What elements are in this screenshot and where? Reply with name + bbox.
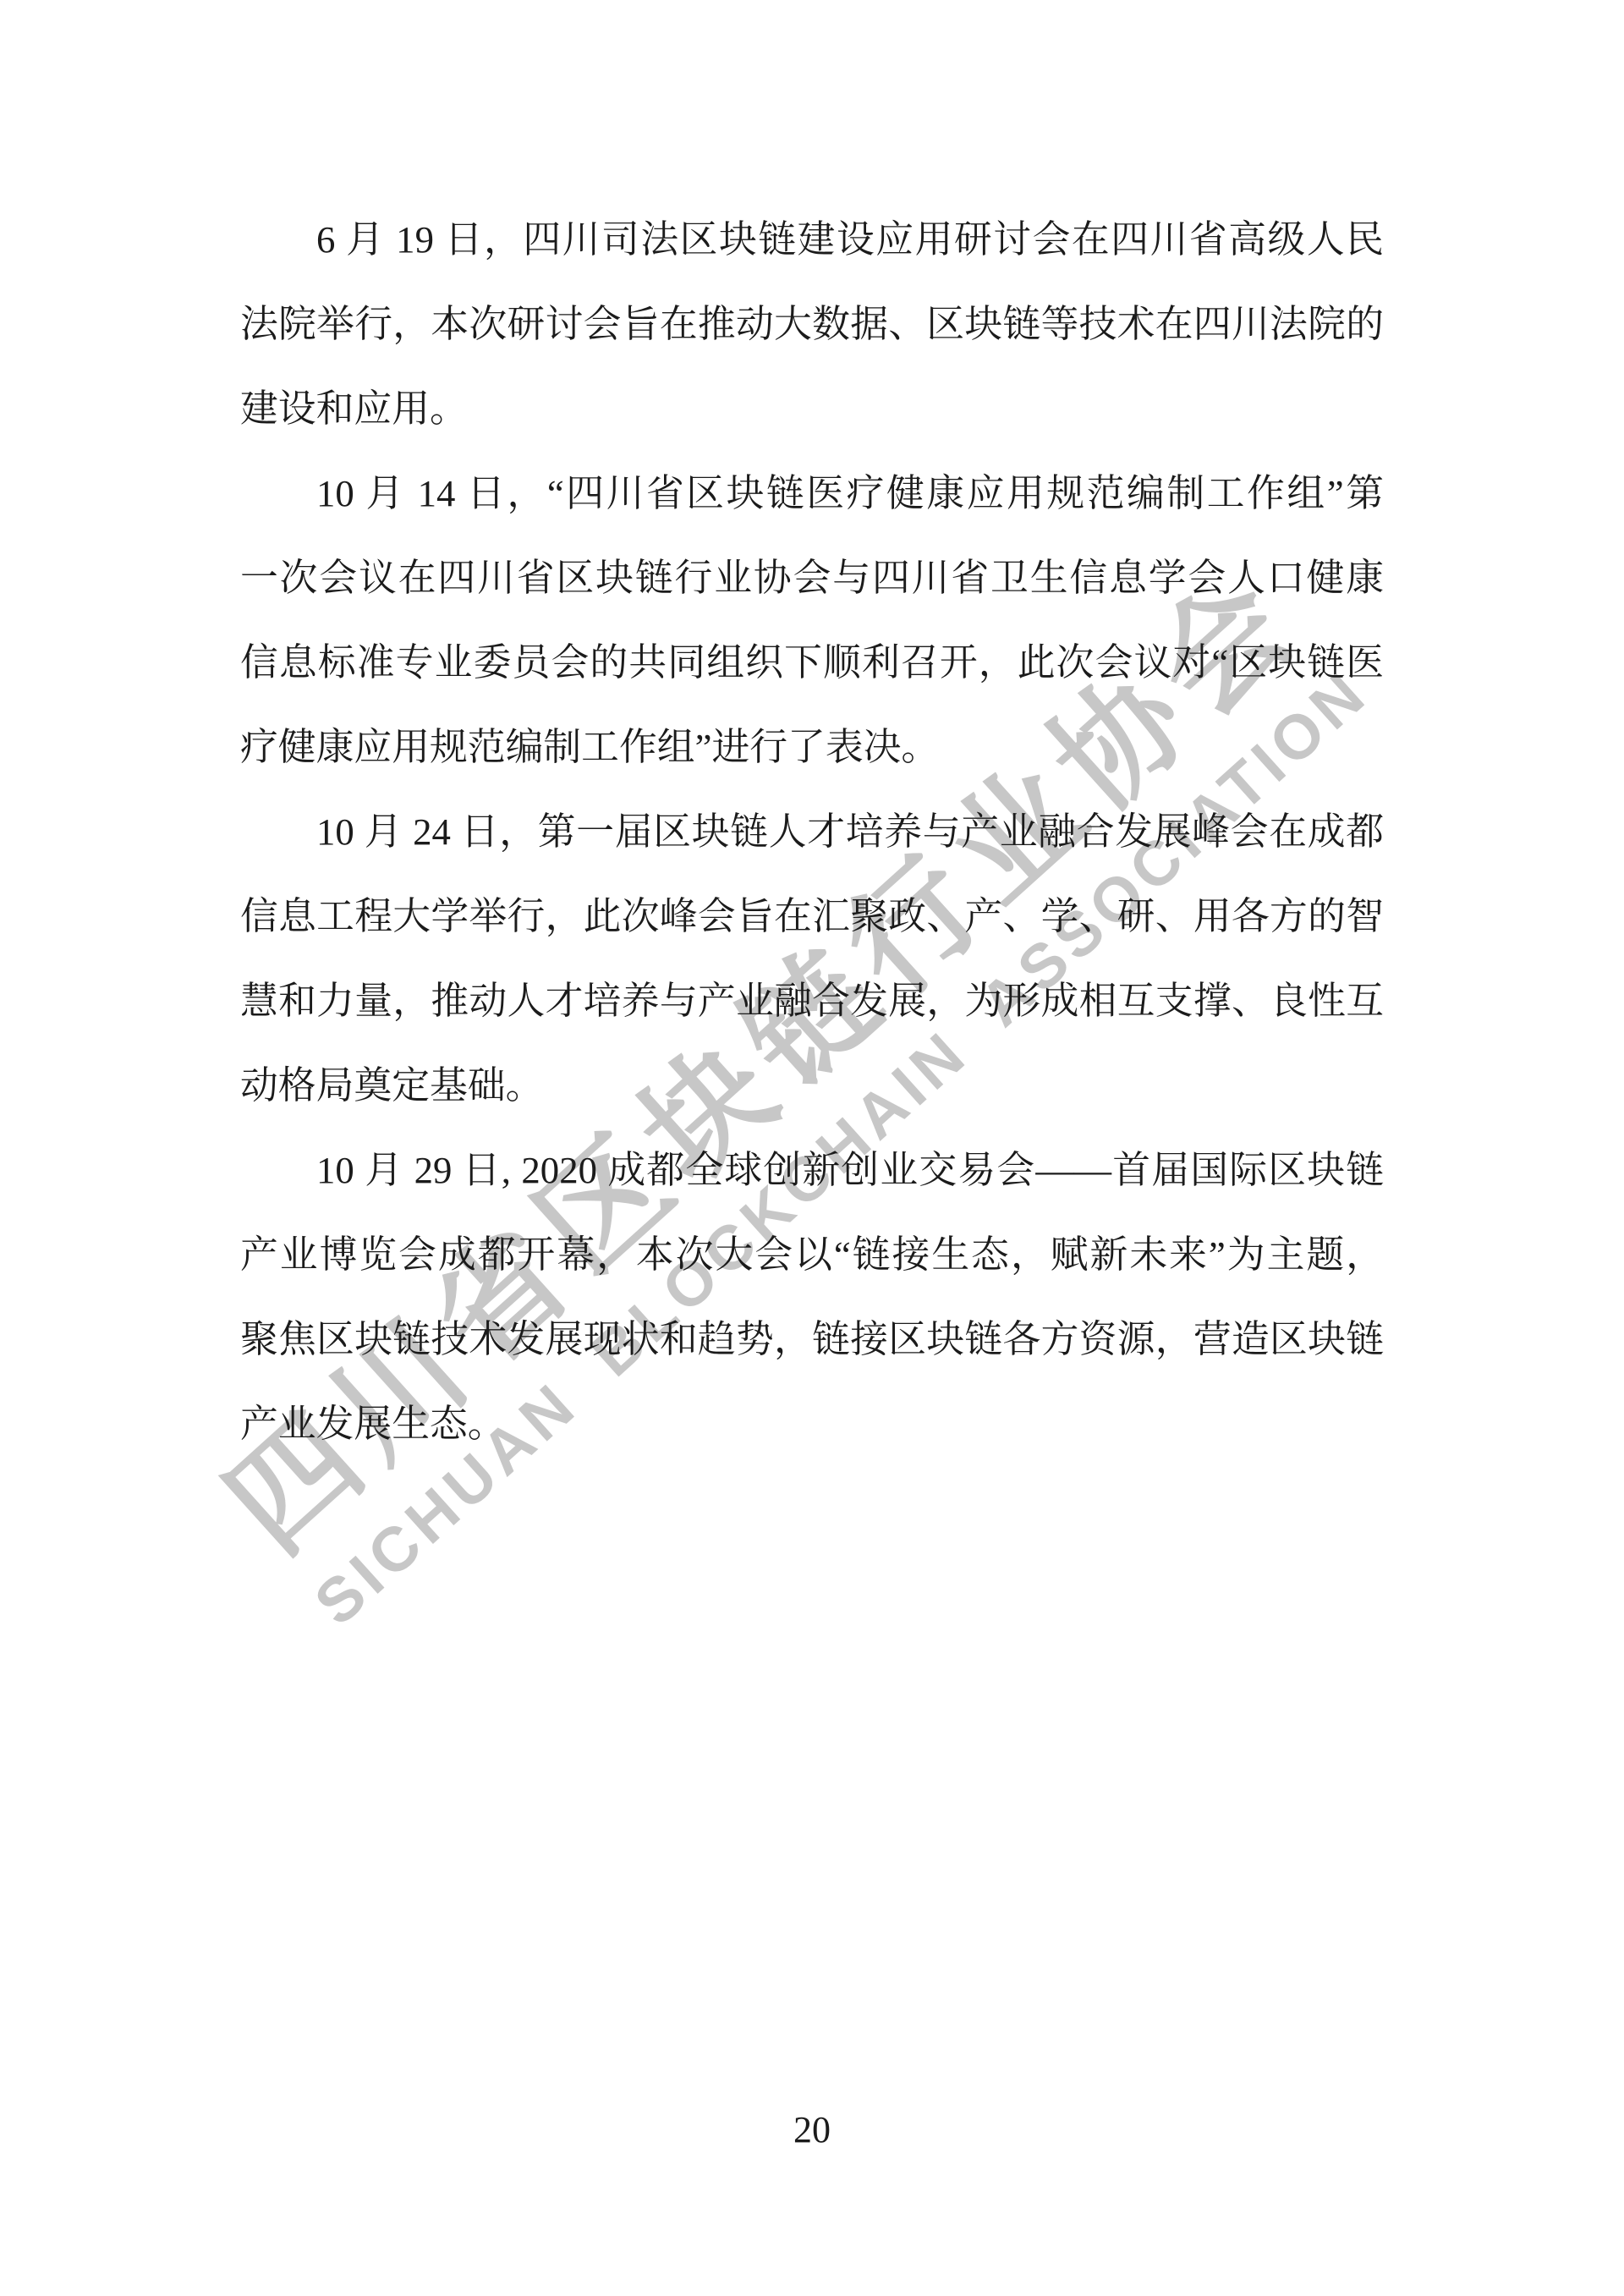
page-number: 20 (0, 2108, 1624, 2151)
text-line: 聚焦区块链技术发展现状和趋势，链接区块链各方资源，营造区块链 (240, 1297, 1384, 1381)
text-line: 信息工程大学举行，此次峰会旨在汇聚政、产、学、研、用各方的智 (240, 874, 1384, 958)
document-page: 四川省区块链行业协会 SICHUAN BLOCKCHAIN ASSOCIATIO… (0, 0, 1624, 2296)
text-line: 慧和力量，推动人才培养与产业融合发展，为形成相互支撑、良性互 (240, 958, 1384, 1043)
text-line: 一次会议在四川省区块链行业协会与四川省卫生信息学会人口健康 (240, 536, 1384, 620)
text-line: 产业发展生态。 (240, 1381, 1384, 1466)
text-line: 产业博览会成都开幕，本次大会以“链接生态，赋新未来”为主题， (240, 1212, 1384, 1297)
text-line: 6 月 19 日，四川司法区块链建设应用研讨会在四川省高级人民 (240, 197, 1384, 282)
text-line: 疗健康应用规范编制工作组”进行了表决。 (240, 705, 1384, 789)
text-line: 10 月 29 日, 2020 成都全球创新创业交易会——首届国际区块链 (240, 1128, 1384, 1212)
body-text: 6 月 19 日，四川司法区块链建设应用研讨会在四川省高级人民法院举行，本次研讨… (240, 197, 1384, 1466)
text-line: 动格局奠定基础。 (240, 1043, 1384, 1128)
text-line: 法院举行，本次研讨会旨在推动大数据、区块链等技术在四川法院的 (240, 282, 1384, 366)
text-line: 10 月 14 日，“四川省区块链医疗健康应用规范编制工作组”第 (240, 451, 1384, 536)
text-line: 10 月 24 日，第一届区块链人才培养与产业融合发展峰会在成都 (240, 789, 1384, 874)
text-line: 信息标准专业委员会的共同组织下顺利召开，此次会议对“区块链医 (240, 620, 1384, 705)
text-line: 建设和应用。 (240, 366, 1384, 451)
